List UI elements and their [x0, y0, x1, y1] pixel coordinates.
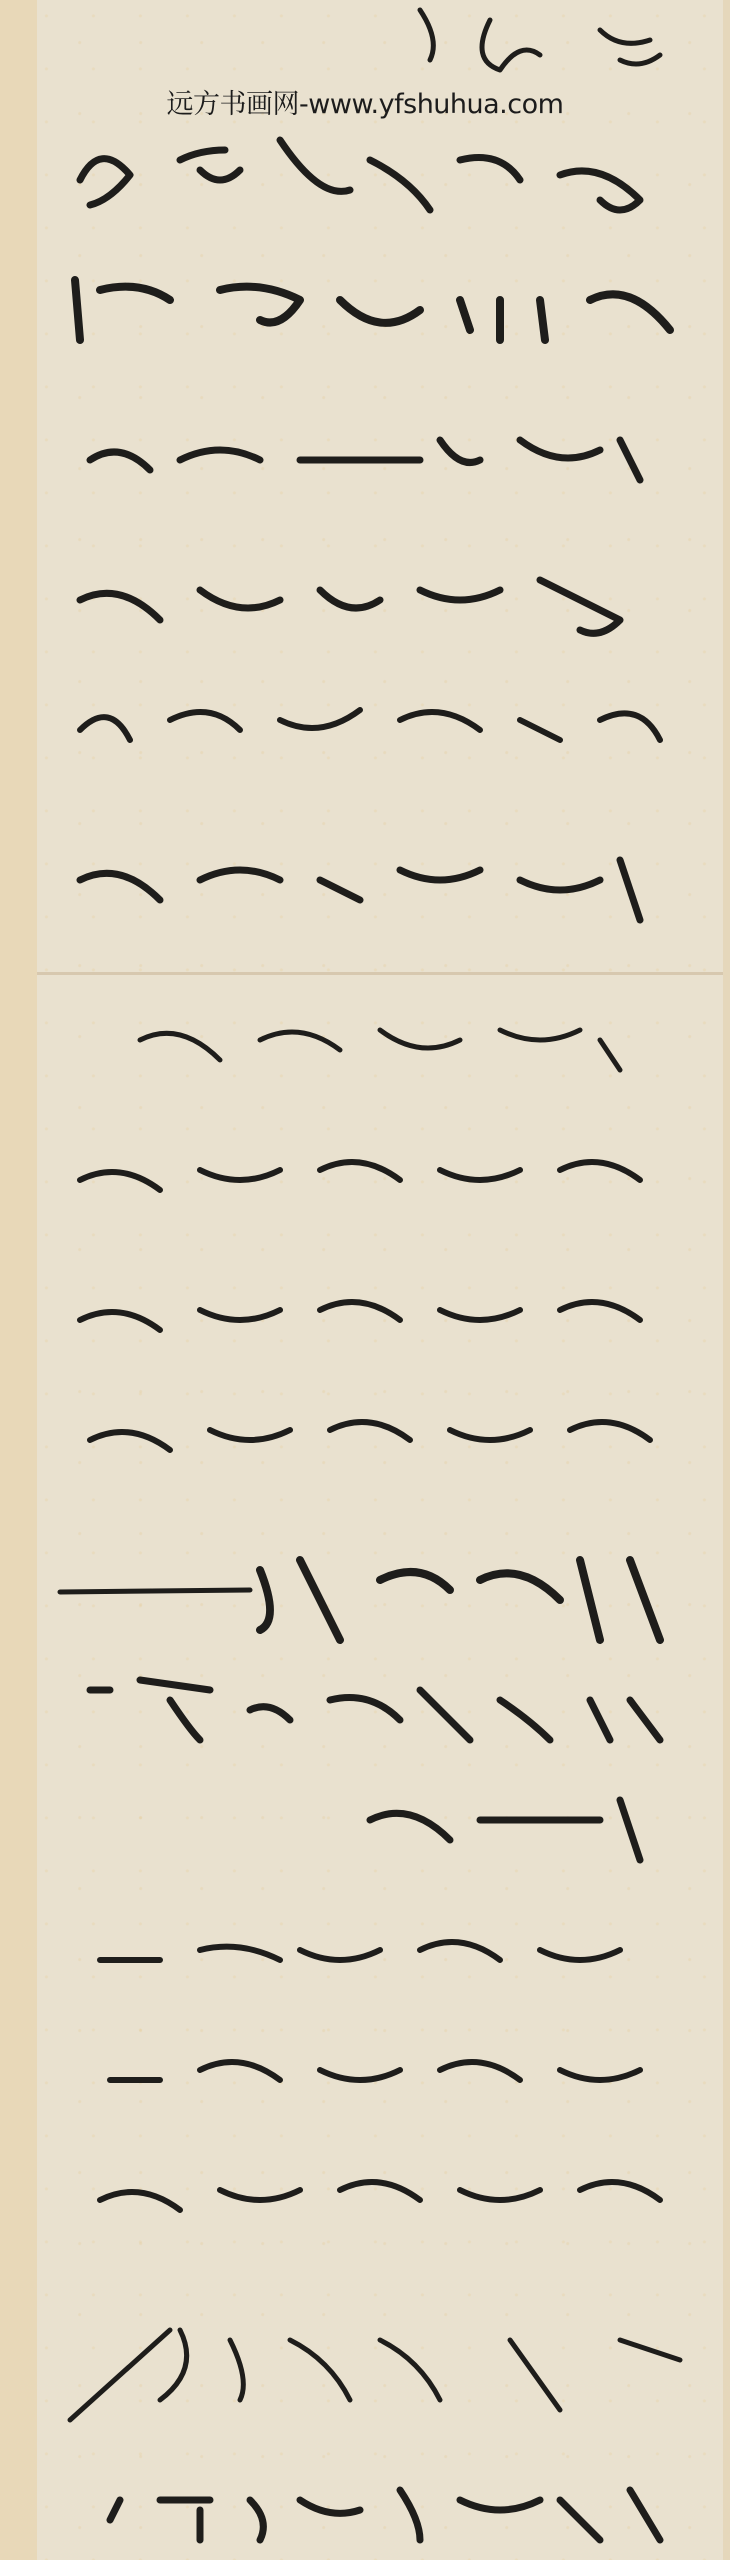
- calligraphy-ink-strokes: [0, 0, 730, 2560]
- calligraphy-rows: [60, 10, 680, 2540]
- watermark-text: 远方书画网-www.yfshuhua.com: [0, 82, 730, 121]
